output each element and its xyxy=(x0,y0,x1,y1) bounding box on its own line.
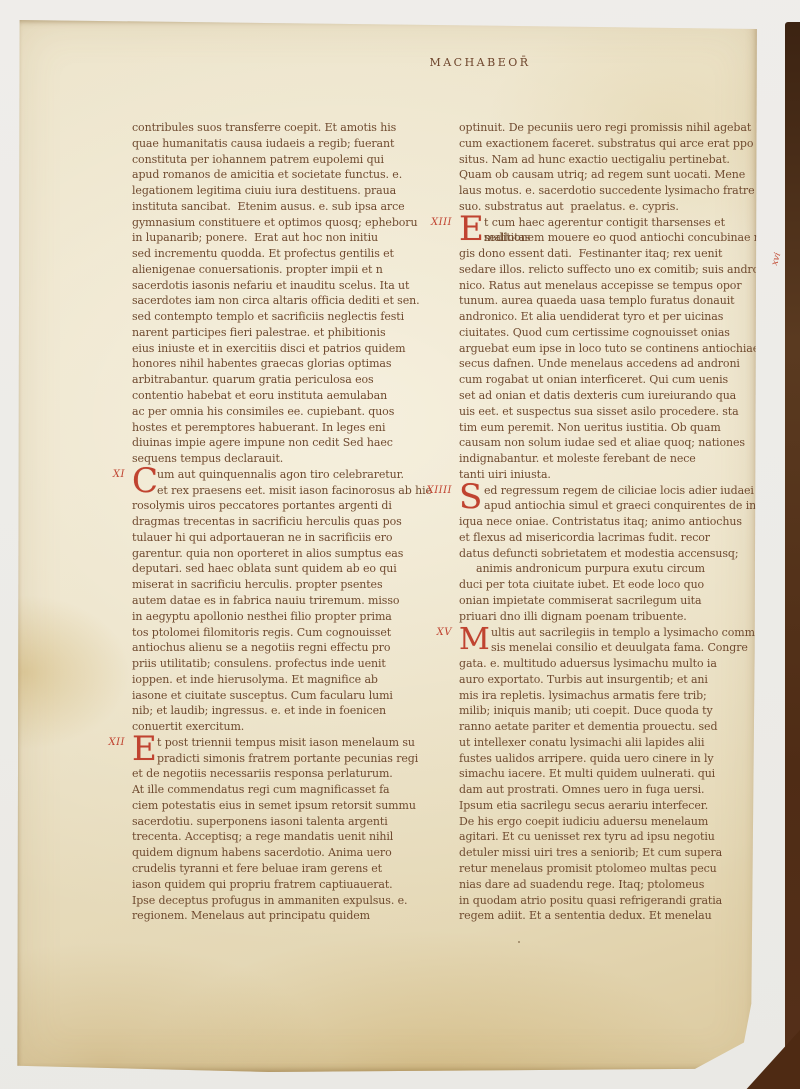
text-line: pradicti simonis fratrem portante pecuni… xyxy=(132,751,446,767)
paragraph: XIIIEt cum haec agerentur contigit thars… xyxy=(459,215,773,483)
text-line: ciuitates. Quod cum certissime cognouiss… xyxy=(459,325,773,341)
text-line: garentur. quia non oporteret in alios su… xyxy=(132,546,446,562)
text-line: conuertit exercitum. xyxy=(132,719,446,735)
text-line: detuler missi uiri tres a seniorib; Et c… xyxy=(459,845,773,861)
text-line: tanti uiri iniusta. xyxy=(459,467,773,483)
text-line: mis ira repletis. lysimachus armatis fer… xyxy=(459,688,773,704)
text-line: sis menelai consilio et deuulgata fama. … xyxy=(459,640,773,656)
drop-cap-initial: S xyxy=(459,483,484,514)
text-line: set ad onian et datis dexteris cum iurei… xyxy=(459,388,773,404)
text-line: arbitrabantur. quarum gratia periculosa … xyxy=(132,372,446,388)
text-line: ciem potestatis eius in semet ipsum reto… xyxy=(132,798,446,814)
text-line: ed regressum regem de ciliciae locis adi… xyxy=(459,483,773,499)
drop-cap-initial: E xyxy=(132,735,157,766)
text-line: Ipse deceptus profugus in ammaniten expu… xyxy=(132,893,446,909)
text-line: dam aut prostrati. Omnes uero in fuga ue… xyxy=(459,782,773,798)
text-line: situs. Nam ad hunc exactio uectigaliu pe… xyxy=(459,152,773,168)
drop-cap-initial: E xyxy=(459,215,484,246)
chapter-numeral: XIII xyxy=(431,215,452,231)
text-line: agitari. Et cu uenisset rex tyru ad ipsu… xyxy=(459,829,773,845)
text-line: indignabantur. et moleste ferebant de ne… xyxy=(459,451,773,467)
text-line: et de negotiis necessariis responsa perl… xyxy=(132,766,446,782)
paragraph: XICum aut quinquennalis agon tiro celebr… xyxy=(132,467,446,735)
drop-cap-initial: C xyxy=(132,467,157,498)
text-line: deputari. sed haec oblata sunt quidem ab… xyxy=(132,561,446,577)
text-line: duci per tota ciuitate iubet. Et eode lo… xyxy=(459,577,773,593)
text-line: in quodam atrio positu quasi refrigerand… xyxy=(459,893,773,909)
text-line: apud antiochia simul et graeci conquiren… xyxy=(459,498,773,514)
text-line: apud romanos de amicitia et societate fu… xyxy=(132,167,446,183)
text-line: hostes et peremptores habuerant. In lege… xyxy=(132,420,446,436)
text-line: ut intellexer conatu lysimachi alii lapi… xyxy=(459,735,773,751)
text-line: ranno aetate pariter et dementia prouect… xyxy=(459,719,773,735)
text-line: Ipsum etia sacrilegu secus aerariu inter… xyxy=(459,798,773,814)
text-line: priis utilitatib; consulens. profectus i… xyxy=(132,656,446,672)
text-line: miserat in sacrificiu herculis. propter … xyxy=(132,577,446,593)
text-line: trecenta. Acceptisq; a rege mandatis uen… xyxy=(132,829,446,845)
text-line: contentio habebat et eoru instituta aemu… xyxy=(132,388,446,404)
text-line: legationem legitima ciuiu iura destituen… xyxy=(132,183,446,199)
text-line: causam non solum iudae sed et aliae quoq… xyxy=(459,435,773,451)
text-line: gymnasium constituere et optimos quosq; … xyxy=(132,215,446,231)
text-line: dragmas trecentas in sacrificiu herculis… xyxy=(132,514,446,530)
text-line: t post triennii tempus misit iason menel… xyxy=(132,735,446,751)
text-line: sequens tempus declarauit. xyxy=(132,451,446,467)
text-line: iasone et ciuitate susceptus. Cum facula… xyxy=(132,688,446,704)
text-line: simachu iacere. Et multi quidem uulnerat… xyxy=(459,766,773,782)
text-line: contribules suos transferre coepit. Et a… xyxy=(132,120,446,136)
text-line: um aut quinquennalis agon tiro celebrare… xyxy=(132,467,446,483)
text-line: optinuit. De pecuniis uero regi promissi… xyxy=(459,120,773,136)
drop-cap-initial: M xyxy=(459,625,491,656)
text-line: regionem. Menelaus aut principatu quidem xyxy=(132,908,446,924)
text-line: tos ptolomei filomitoris regis. Cum cogn… xyxy=(132,625,446,641)
text-line: narent participes fieri palestrae. et ph… xyxy=(132,325,446,341)
text-line: t cum haec agerentur contigit tharsenses… xyxy=(459,215,773,231)
paragraph: contribules suos transferre coepit. Et a… xyxy=(132,120,446,467)
text-line: rosolymis uiros peccatores portantes arg… xyxy=(132,498,446,514)
text-line: sacerdotis iasonis nefariu et inauditu s… xyxy=(132,278,446,294)
text-line: antiochus alienu se a negotiis regni eff… xyxy=(132,640,446,656)
text-line: nib; et laudib; ingressus. e. et inde in… xyxy=(132,703,446,719)
text-line: andronico. Et alia uendiderat tyro et pe… xyxy=(459,309,773,325)
text-line: arguebat eum ipse in loco tuto se contin… xyxy=(459,341,773,357)
paragraph: XIIEt post triennii tempus misit iason m… xyxy=(132,735,446,924)
text-line: tulauer hi qui adportaueran ne in sacrif… xyxy=(132,530,446,546)
text-line: onian impietate commiserat sacrilegum ui… xyxy=(459,593,773,609)
text-line: gata. e. multitudo aduersus lysimachu mu… xyxy=(459,656,773,672)
text-line: ac per omnia his consimiles ee. cupieban… xyxy=(132,404,446,420)
text-line: quidem dignum habens sacerdotio. Anima u… xyxy=(132,845,446,861)
text-line: At ille commendatus regi cum magnificass… xyxy=(132,782,446,798)
text-line: sacerdotes iam non circa altaris officia… xyxy=(132,293,446,309)
text-line: in aegyptu apollonio nesthei filio propt… xyxy=(132,609,446,625)
text-line: laus motus. e. sacerdotio succedente lys… xyxy=(459,183,773,199)
text-line: sed contempto templo et sacrificiis negl… xyxy=(132,309,446,325)
text-line: crudelis tyranni et fere beluae iram ger… xyxy=(132,861,446,877)
text-line: nico. Ratus aut menelaus accepisse se te… xyxy=(459,278,773,294)
chapter-numeral: XII xyxy=(108,735,125,751)
text-line: in lupanarib; ponere. Erat aut hoc non i… xyxy=(132,230,446,246)
paragraph: optinuit. De pecuniis uero regi promissi… xyxy=(459,120,773,215)
text-line: suo. substratus aut praelatus. e. cypris… xyxy=(459,199,773,215)
ink-speck xyxy=(518,941,520,943)
text-line: sedare illos. relicto suffecto uno ex co… xyxy=(459,262,773,278)
text-line: eius iniuste et in exercitiis disci et p… xyxy=(132,341,446,357)
text-line: alienigenae conuersationis. propter impi… xyxy=(132,262,446,278)
text-line: instituta sancibat. Etenim ausus. e. sub… xyxy=(132,199,446,215)
chapter-numeral: XIIII xyxy=(427,483,452,499)
chapter-numeral: XV xyxy=(437,625,452,641)
text-line: gis dono essent dati. Festinanter itaq; … xyxy=(459,246,773,262)
text-line: iqua nece oniae. Contristatus itaq; anim… xyxy=(459,514,773,530)
text-line: diuinas impie agere impune non cedit Sed… xyxy=(132,435,446,451)
text-line: et rex praesens eet. misit iason facinor… xyxy=(132,483,446,499)
text-line: tunum. aurea quaeda uasa templo furatus … xyxy=(459,293,773,309)
text-line: Quam ob causam utriq; ad regem sunt uoca… xyxy=(459,167,773,183)
book-cover-edge xyxy=(785,22,800,1089)
text-line: constituta per iohannem patrem eupolemi … xyxy=(132,152,446,168)
text-line: regem adiit. Et a sententia dedux. Et me… xyxy=(459,908,773,924)
text-line: sacerdotiu. superponens iasoni talenta a… xyxy=(132,814,446,830)
text-line: milib; iniquis manib; uti coepit. Duce q… xyxy=(459,703,773,719)
text-line: seditionem mouere eo quod antiochi concu… xyxy=(459,230,773,246)
text-column-right: optinuit. De pecuniis uero regi promissi… xyxy=(459,120,773,924)
text-line: secus dafnen. Unde menelaus accedens ad … xyxy=(459,356,773,372)
text-line: tim eum peremit. Non ueritus iustitia. O… xyxy=(459,420,773,436)
chapter-numeral: XI xyxy=(113,467,125,483)
text-line: nias dare ad suadendu rege. Itaq; ptolom… xyxy=(459,877,773,893)
text-line: auro exportato. Turbis aut insurgentib; … xyxy=(459,672,773,688)
text-line: uis eet. et suspectus sua sisset asilo p… xyxy=(459,404,773,420)
text-line: cum exactionem faceret. substratus qui a… xyxy=(459,136,773,152)
text-line: De his ergo coepit iudiciu aduersu menel… xyxy=(459,814,773,830)
text-column-left: contribules suos transferre coepit. Et a… xyxy=(132,120,446,924)
paragraph: XIIIISed regressum regem de ciliciae loc… xyxy=(459,483,773,625)
parchment-page: MACHABEOR̄ contribules suos transferre c… xyxy=(17,20,758,1072)
text-line: animis andronicum purpura exutu circum xyxy=(459,561,773,577)
text-line: priuari dno illi dignam poenam tribuente… xyxy=(459,609,773,625)
manuscript-photo: { "page": { "running_title": "MACHABEOR̄… xyxy=(0,0,800,1089)
text-line: iason quidem qui propriu fratrem captiua… xyxy=(132,877,446,893)
text-line: honores nihil habentes graecas glorias o… xyxy=(132,356,446,372)
text-line: sed incrementu quodda. Et profectus gent… xyxy=(132,246,446,262)
running-title: MACHABEOR̄ xyxy=(405,56,555,69)
text-line: retur menelaus promisit ptolomeo multas … xyxy=(459,861,773,877)
text-line: quae humanitatis causa iudaeis a regib; … xyxy=(132,136,446,152)
text-line: ultis aut sacrilegiis in templo a lysima… xyxy=(459,625,773,641)
text-line: ioppen. et inde hierusolyma. Et magnific… xyxy=(132,672,446,688)
text-line: datus defuncti sobrietatem et modestia a… xyxy=(459,546,773,562)
text-line: autem datae es in fabrica nauiu triremum… xyxy=(132,593,446,609)
text-line: cum rogabat ut onian interficeret. Qui c… xyxy=(459,372,773,388)
paragraph: XVMultis aut sacrilegiis in templo a lys… xyxy=(459,625,773,925)
text-line: fustes ualidos arripere. quida uero cine… xyxy=(459,751,773,767)
text-line: et flexus ad misericordia lacrimas fudit… xyxy=(459,530,773,546)
